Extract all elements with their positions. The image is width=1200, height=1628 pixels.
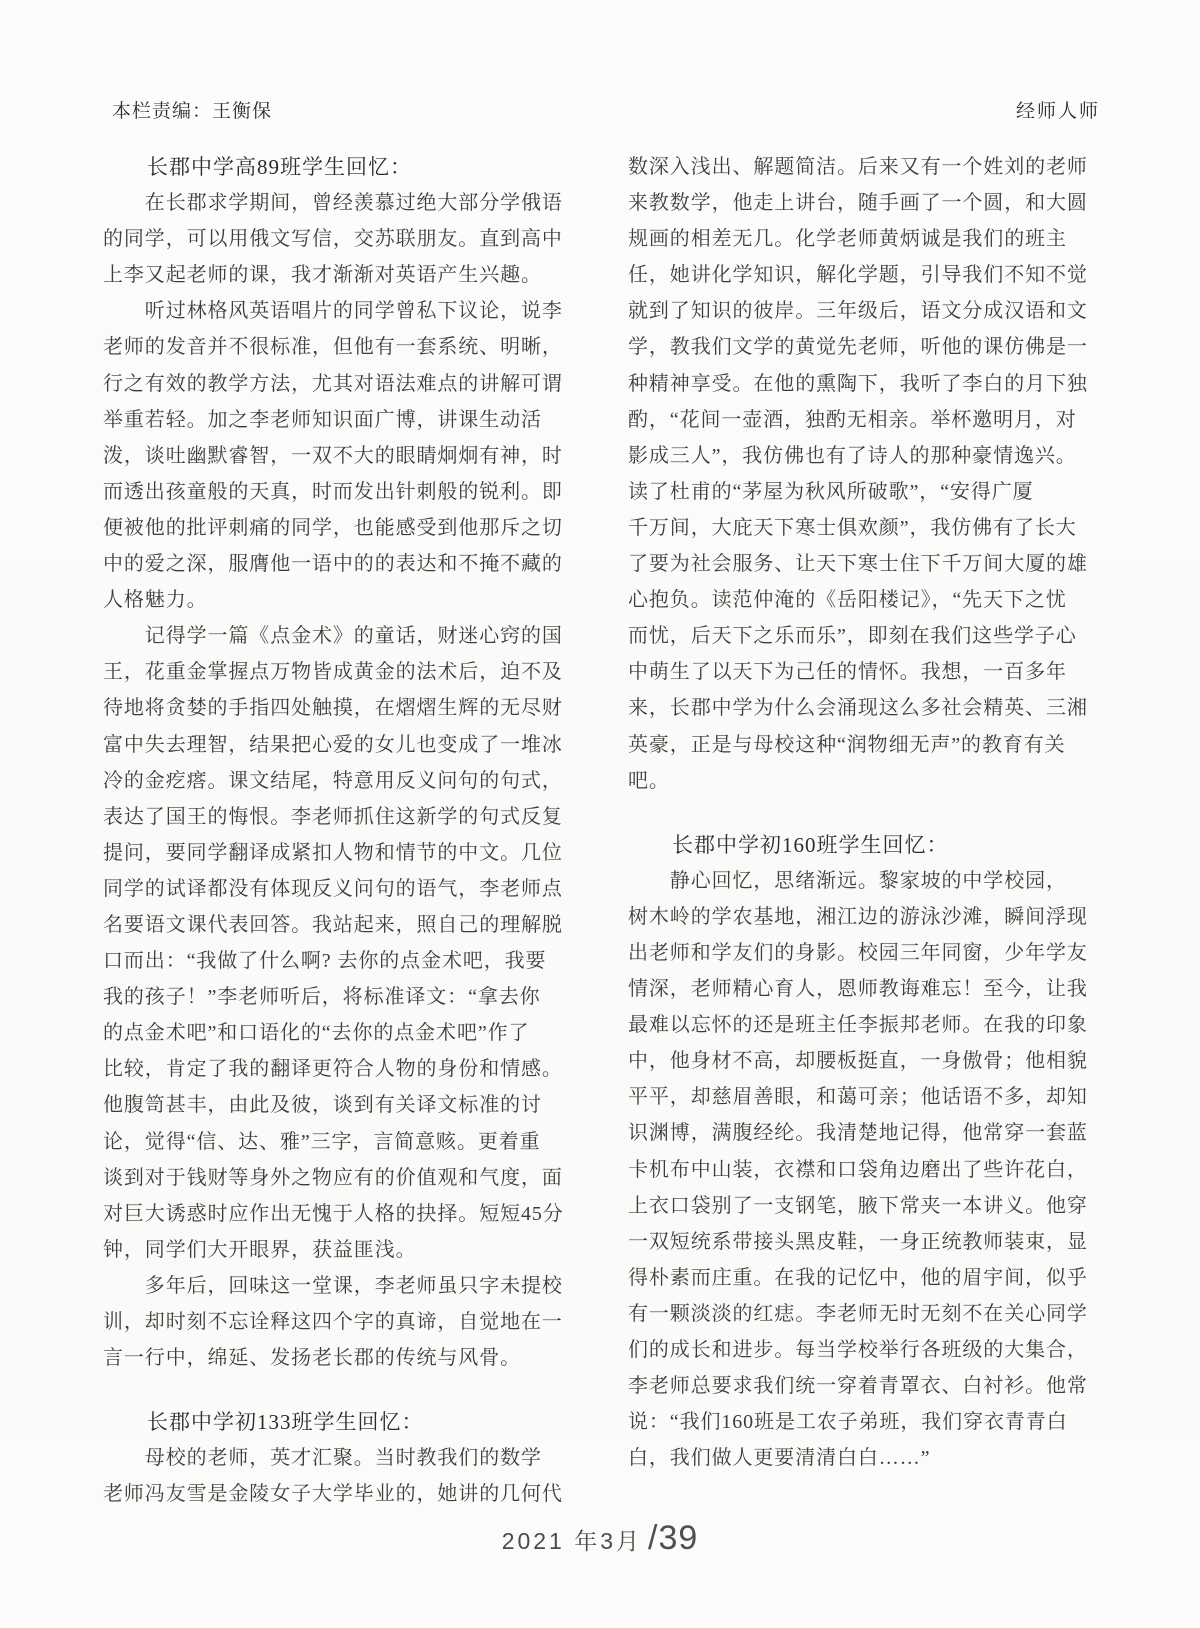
text-line: 酌，“花间一壶酒，独酌无相亲。举杯邀明月，对 (628, 402, 1096, 438)
text-line: 任，她讲化学知识，解化学题，引导我们不知不觉 (628, 257, 1096, 293)
text-line: 冷的金疙瘩。课文结尾，特意用反义问句的句式， (103, 763, 571, 799)
text-line: 种精神享受。在他的熏陶下，我听了李白的月下独 (628, 366, 1096, 402)
text-line: 得朴素而庄重。在我的记忆中，他的眉宇间，似乎 (628, 1260, 1096, 1296)
text-line: 中，他身材不高，却腰板挺直，一身傲骨；他相貌 (628, 1043, 1096, 1079)
paragraph: 母校的老师，英才汇聚。当时教我们的数学老师冯友雪是金陵女子大学毕业的，她讲的几何… (103, 1440, 571, 1512)
text-line: 比较，肯定了我的翻译更符合人物的身份和情感。 (103, 1051, 571, 1087)
text-line: 们的成长和进步。每当学校举行各班级的大集合， (628, 1332, 1096, 1368)
text-line: 老师冯友雪是金陵女子大学毕业的，她讲的几何代 (103, 1476, 571, 1512)
text-line: 而透出孩童般的天真，时而发出针刺般的锐利。即 (103, 474, 571, 510)
text-line: 英豪，正是与母校这种“润物细无声”的教育有关 (628, 727, 1096, 763)
text-line: 老师的发音并不很标准，但他有一套系统、明晰， (103, 329, 571, 365)
text-line: 影成三人”，我仿佛也有了诗人的那种豪情逸兴。 (628, 438, 1096, 474)
footer-page-number: /39 (648, 1519, 698, 1558)
paragraph: 静心回忆，思绪渐远。黎家坡的中学校园，树木岭的学农基地，湘江边的游泳沙滩，瞬间浮… (628, 863, 1096, 1477)
text-line: 静心回忆，思绪渐远。黎家坡的中学校园， (628, 863, 1096, 899)
paragraph: 在长郡求学期间，曾经羡慕过绝大部分学俄语的同学，可以用俄文写信，交苏联朋友。直到… (103, 185, 571, 293)
text-line: 谈到对于钱财等身外之物应有的价值观和气度，面 (103, 1160, 571, 1196)
text-line: 长郡中学初133班学生回忆： (103, 1404, 571, 1440)
paragraph: 记得学一篇《点金术》的童话，财迷心窍的国王，花重金掌握点万物皆成黄金的法术后，迫… (103, 618, 571, 1268)
text-line: 学，教我们文学的黄觉先老师，听他的课仿佛是一 (628, 329, 1096, 365)
text-line: 口而出：“我做了什么啊? 去你的点金术吧，我要 (103, 943, 571, 979)
text-line: 的点金术吧”和口语化的“去你的点金术吧”作了 (103, 1015, 571, 1051)
text-column-right: 数深入浅出、解题简洁。后来又有一个姓刘的老师来教数学，他走上讲台，随手画了一个圆… (628, 149, 1096, 1512)
text-line: 读了杜甫的“茅屋为秋风所破歌”，“安得广厦 (628, 474, 1096, 510)
section-heading: 长郡中学高89班学生回忆： (103, 149, 571, 185)
article-body: 长郡中学高89班学生回忆： 在长郡求学期间，曾经羡慕过绝大部分学俄语的同学，可以… (103, 149, 1096, 1512)
text-line: 名要语文课代表回答。我站起来，照自己的理解脱 (103, 907, 571, 943)
text-line: 规画的相差无几。化学老师黄炳诚是我们的班主 (628, 221, 1096, 257)
text-line: 表达了国王的悔恨。李老师抓住这新学的句式反复 (103, 799, 571, 835)
paragraph: 多年后，回味这一堂课，李老师虽只字未提校训，却时刻不忘诠释这四个字的真谛，自觉地… (103, 1268, 571, 1376)
text-line: 听过林格风英语唱片的同学曾私下议论，说李 (103, 293, 571, 329)
text-line: 泼，谈吐幽默睿智，一双不大的眼睛炯炯有神，时 (103, 438, 571, 474)
text-line: 的同学，可以用俄文写信，交苏联朋友。直到高中 (103, 221, 571, 257)
section-heading: 长郡中学初160班学生回忆： (628, 827, 1096, 863)
text-line: 钟，同学们大开眼界，获益匪浅。 (103, 1232, 571, 1268)
text-line: 人格魅力。 (103, 582, 571, 618)
text-line: 最难以忘怀的还是班主任李振邦老师。在我的印象 (628, 1007, 1096, 1043)
text-line: 长郡中学初160班学生回忆： (628, 827, 1096, 863)
text-line: 来，长郡中学为什么会涌现这么多社会精英、三湘 (628, 690, 1096, 726)
text-line: 富中失去理智，结果把心爱的女儿也变成了一堆冰 (103, 727, 571, 763)
text-line: 一双短统系带接头黑皮鞋，一身正统教师装束，显 (628, 1224, 1096, 1260)
header-editor-note: 本栏责编：王衡保 (112, 96, 272, 123)
header-column-title: 经师人师 (1016, 96, 1100, 123)
text-line: 待地将贪婪的手指四处触摸，在熠熠生辉的无尽财 (103, 690, 571, 726)
text-line: 在长郡求学期间，曾经羡慕过绝大部分学俄语 (103, 185, 571, 221)
text-line: 母校的老师，英才汇聚。当时教我们的数学 (103, 1440, 571, 1476)
text-line: 同学的试译都没有体现反义问句的语气，李老师点 (103, 871, 571, 907)
text-line: 我的孩子！”李老师听后，将标准译文：“拿去你 (103, 979, 571, 1015)
text-line: 他腹笥甚丰，由此及彼，谈到有关译文标准的讨 (103, 1087, 571, 1123)
text-line: 提问，要同学翻译成紧扣人物和情节的中文。几位 (103, 835, 571, 871)
text-line: 而忧，后天下之乐而乐”，即刻在我们这些学子心 (628, 618, 1096, 654)
text-line: 论，觉得“信、达、雅”三字，言简意赅。更着重 (103, 1124, 571, 1160)
text-line: 树木岭的学农基地，湘江边的游泳沙滩，瞬间浮现 (628, 899, 1096, 935)
text-line: 有一颗淡淡的红痣。李老师无时无刻不在关心同学 (628, 1296, 1096, 1332)
text-line: 训，却时刻不忘诠释这四个字的真谛，自觉地在一 (103, 1304, 571, 1340)
text-line: 识渊博，满腹经纶。我清楚地记得，他常穿一套蓝 (628, 1115, 1096, 1151)
text-line: 上李又起老师的课，我才渐渐对英语产生兴趣。 (103, 257, 571, 293)
text-line: 上衣口袋别了一支钢笔，腋下常夹一本讲义。他穿 (628, 1188, 1096, 1224)
paragraph: 数深入浅出、解题简洁。后来又有一个姓刘的老师来教数学，他走上讲台，随手画了一个圆… (628, 149, 1096, 799)
text-line: 王，花重金掌握点万物皆成黄金的法术后，迫不及 (103, 654, 571, 690)
text-line: 对巨大诱惑时应作出无愧于人格的抉择。短短45分 (103, 1196, 571, 1232)
text-line: 白，我们做人更要清清白白……” (628, 1440, 1096, 1476)
text-line: 便被他的批评刺痛的同学，也能感受到他那斥之切 (103, 510, 571, 546)
text-line: 中的爱之深，服膺他一语中的的表达和不掩不藏的 (103, 546, 571, 582)
text-column-left: 长郡中学高89班学生回忆： 在长郡求学期间，曾经羡慕过绝大部分学俄语的同学，可以… (103, 149, 571, 1512)
text-line: 吧。 (628, 763, 1096, 799)
text-line: 多年后，回味这一堂课，李老师虽只字未提校 (103, 1268, 571, 1304)
text-line: 就到了知识的彼岸。三年级后，语文分成汉语和文 (628, 293, 1096, 329)
magazine-page: 本栏责编：王衡保 经师人师 长郡中学高89班学生回忆： 在长郡求学期间，曾经羡慕… (0, 0, 1200, 1628)
text-line: 心抱负。读范仲淹的《岳阳楼记》，“先天下之忧 (628, 582, 1096, 618)
text-line: 说：“我们160班是工农子弟班，我们穿衣青青白 (628, 1404, 1096, 1440)
text-line: 数深入浅出、解题简洁。后来又有一个姓刘的老师 (628, 149, 1096, 185)
text-line: 长郡中学高89班学生回忆： (103, 149, 571, 185)
text-line: 出老师和学友们的身影。校园三年同窗，少年学友 (628, 935, 1096, 971)
text-line: 千万间，大庇天下寒士俱欢颜”，我仿佛有了长大 (628, 510, 1096, 546)
text-line: 卡机布中山装，衣襟和口袋角边磨出了些许花白， (628, 1152, 1096, 1188)
text-line: 举重若轻。加之李老师知识面广博，讲课生动活 (103, 402, 571, 438)
running-head: 本栏责编：王衡保 经师人师 (112, 96, 1100, 123)
text-line: 来教数学，他走上讲台，随手画了一个圆，和大圆 (628, 185, 1096, 221)
text-line: 李老师总要求我们统一穿着青罩衣、白衬衫。他常 (628, 1368, 1096, 1404)
text-line: 平平，却慈眉善眼，和蔼可亲；他话语不多，却知 (628, 1079, 1096, 1115)
paragraph: 听过林格风英语唱片的同学曾私下议论，说李老师的发音并不很标准，但他有一套系统、明… (103, 293, 571, 618)
footer-date: 2021 年3月 (502, 1523, 642, 1556)
text-line: 记得学一篇《点金术》的童话，财迷心窍的国 (103, 618, 571, 654)
page-footer: 2021 年3月 /39 (0, 1519, 1200, 1558)
text-line: 了要为社会服务、让天下寒士住下千万间大厦的雄 (628, 546, 1096, 582)
text-line: 言一行中，绵延、发扬老长郡的传统与风骨。 (103, 1340, 571, 1376)
section-heading: 长郡中学初133班学生回忆： (103, 1404, 571, 1440)
text-line: 中萌生了以天下为己任的情怀。我想，一百多年 (628, 654, 1096, 690)
text-line: 情深，老师精心育人，恩师教诲难忘！至今，让我 (628, 971, 1096, 1007)
text-line: 行之有效的教学方法，尤其对语法难点的讲解可谓 (103, 366, 571, 402)
